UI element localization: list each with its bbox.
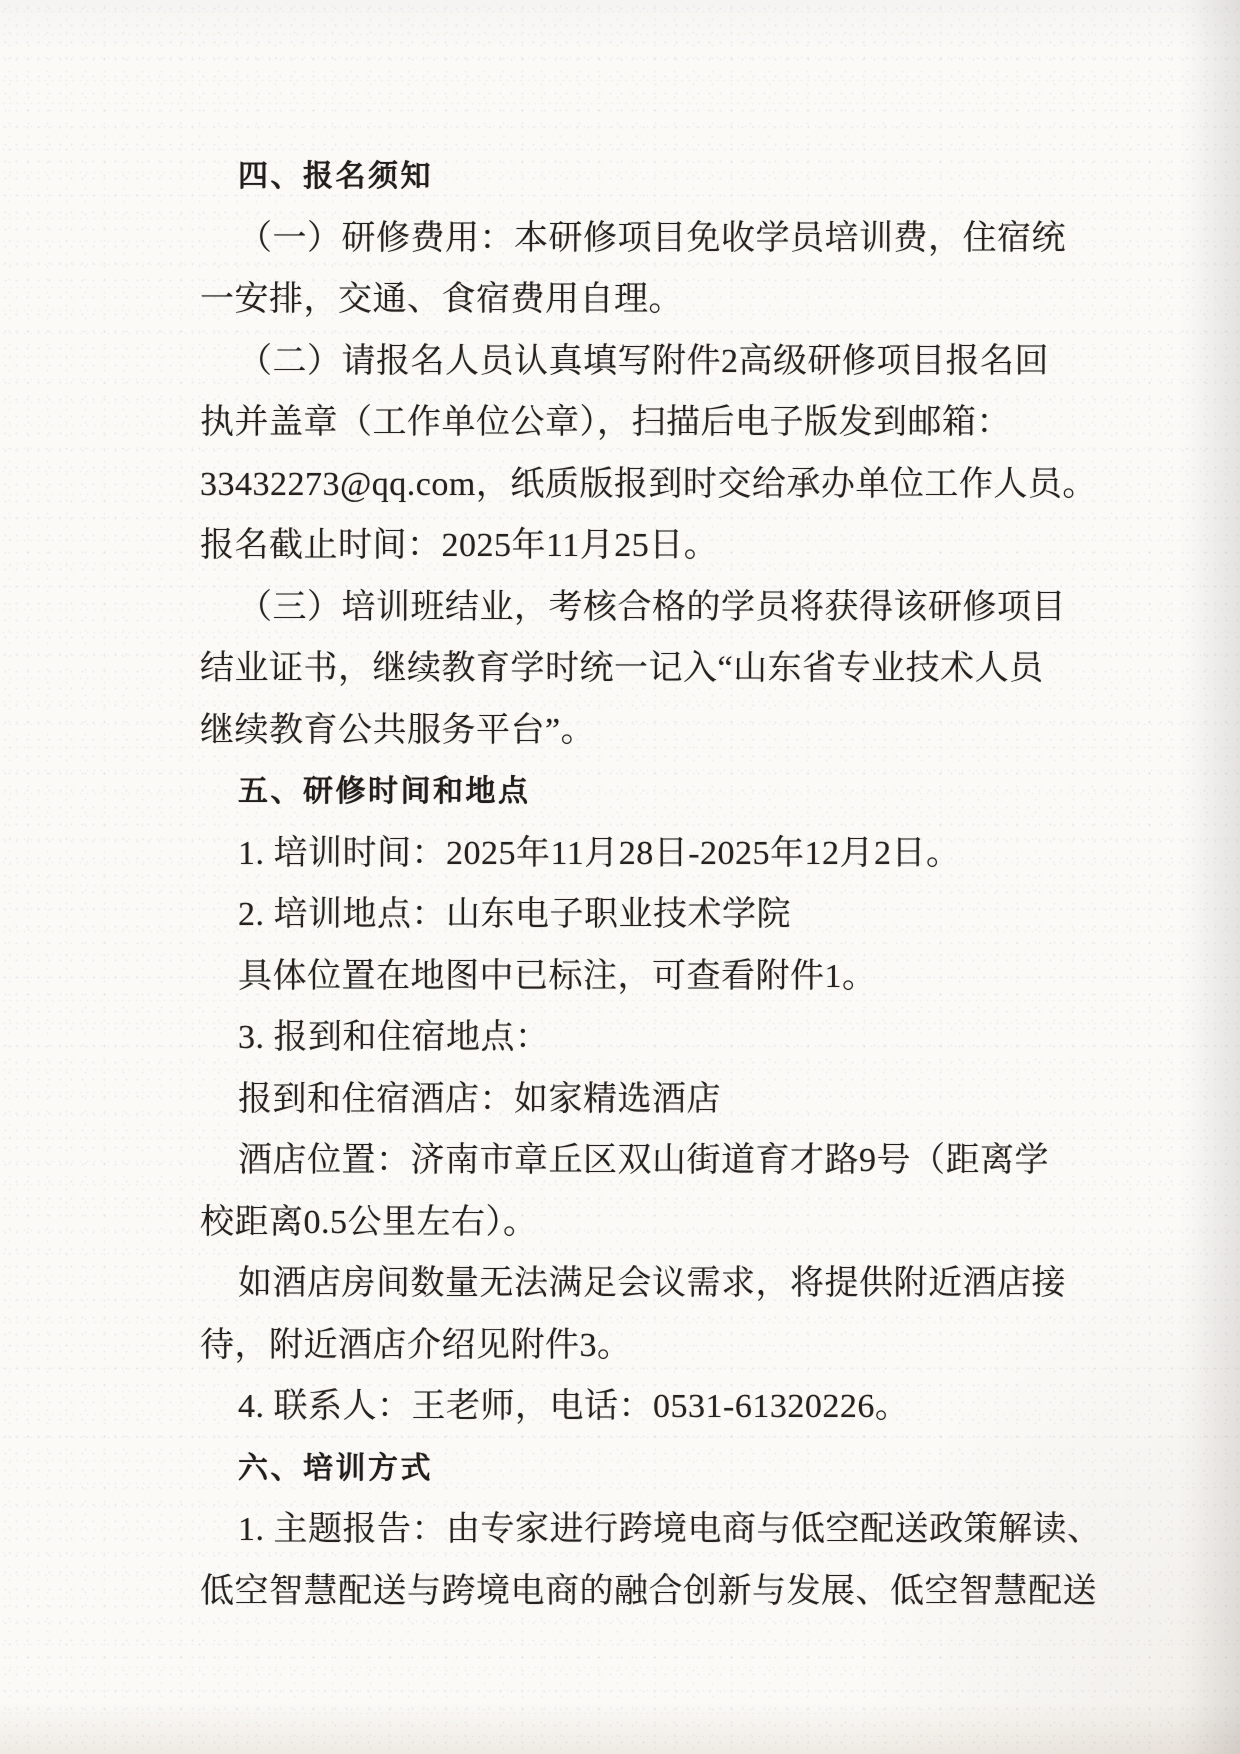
document-body: 四、报名须知（一）研修费用：本研修项目免收学员培训费，住宿统一安排，交通、食宿费… xyxy=(200,146,1140,1622)
text-line: 如酒店房间数量无法满足会议需求，将提供附近酒店接 xyxy=(200,1253,1140,1315)
text-line: 继续教育公共服务平台”。 xyxy=(200,700,1140,762)
text-line: 酒店位置：济南市章丘区双山街道育才路9号（距离学 xyxy=(200,1130,1140,1192)
text-line: 2. 培训地点：山东电子职业技术学院 xyxy=(200,884,1140,946)
text-line: 报到和住宿酒店：如家精选酒店 xyxy=(200,1069,1140,1131)
text-line: 1. 培训时间：2025年11月28日-2025年12月2日。 xyxy=(200,823,1140,885)
text-line: 3. 报到和住宿地点： xyxy=(200,1007,1140,1069)
text-line: 具体位置在地图中已标注，可查看附件1。 xyxy=(200,946,1140,1008)
text-line: （二）请报名人员认真填写附件2高级研修项目报名回 xyxy=(200,331,1140,393)
scanned-document-page: 四、报名须知（一）研修费用：本研修项目免收学员培训费，住宿统一安排，交通、食宿费… xyxy=(0,0,1240,1754)
section-heading: 四、报名须知 xyxy=(200,146,1140,208)
text-line: 低空智慧配送与跨境电商的融合创新与发展、低空智慧配送 xyxy=(200,1561,1140,1623)
text-line: 4. 联系人：王老师，电话：0531-61320226。 xyxy=(200,1376,1140,1438)
text-line: 结业证书，继续教育学时统一记入“山东省专业技术人员 xyxy=(200,638,1140,700)
text-line: （一）研修费用：本研修项目免收学员培训费，住宿统 xyxy=(200,208,1140,270)
text-line: 校距离0.5公里左右）。 xyxy=(200,1192,1140,1254)
text-line: 执并盖章（工作单位公章），扫描后电子版发到邮箱： xyxy=(200,392,1140,454)
section-heading: 五、研修时间和地点 xyxy=(200,761,1140,823)
text-line: 33432273@qq.com，纸质版报到时交给承办单位工作人员。 xyxy=(200,454,1140,516)
text-line: 1. 主题报告：由专家进行跨境电商与低空配送政策解读、 xyxy=(200,1499,1140,1561)
section-heading: 六、培训方式 xyxy=(200,1438,1140,1500)
text-line: （三）培训班结业，考核合格的学员将获得该研修项目 xyxy=(200,577,1140,639)
text-line: 报名截止时间：2025年11月25日。 xyxy=(200,515,1140,577)
text-line: 待，附近酒店介绍见附件3。 xyxy=(200,1315,1140,1377)
text-line: 一安排，交通、食宿费用自理。 xyxy=(200,269,1140,331)
